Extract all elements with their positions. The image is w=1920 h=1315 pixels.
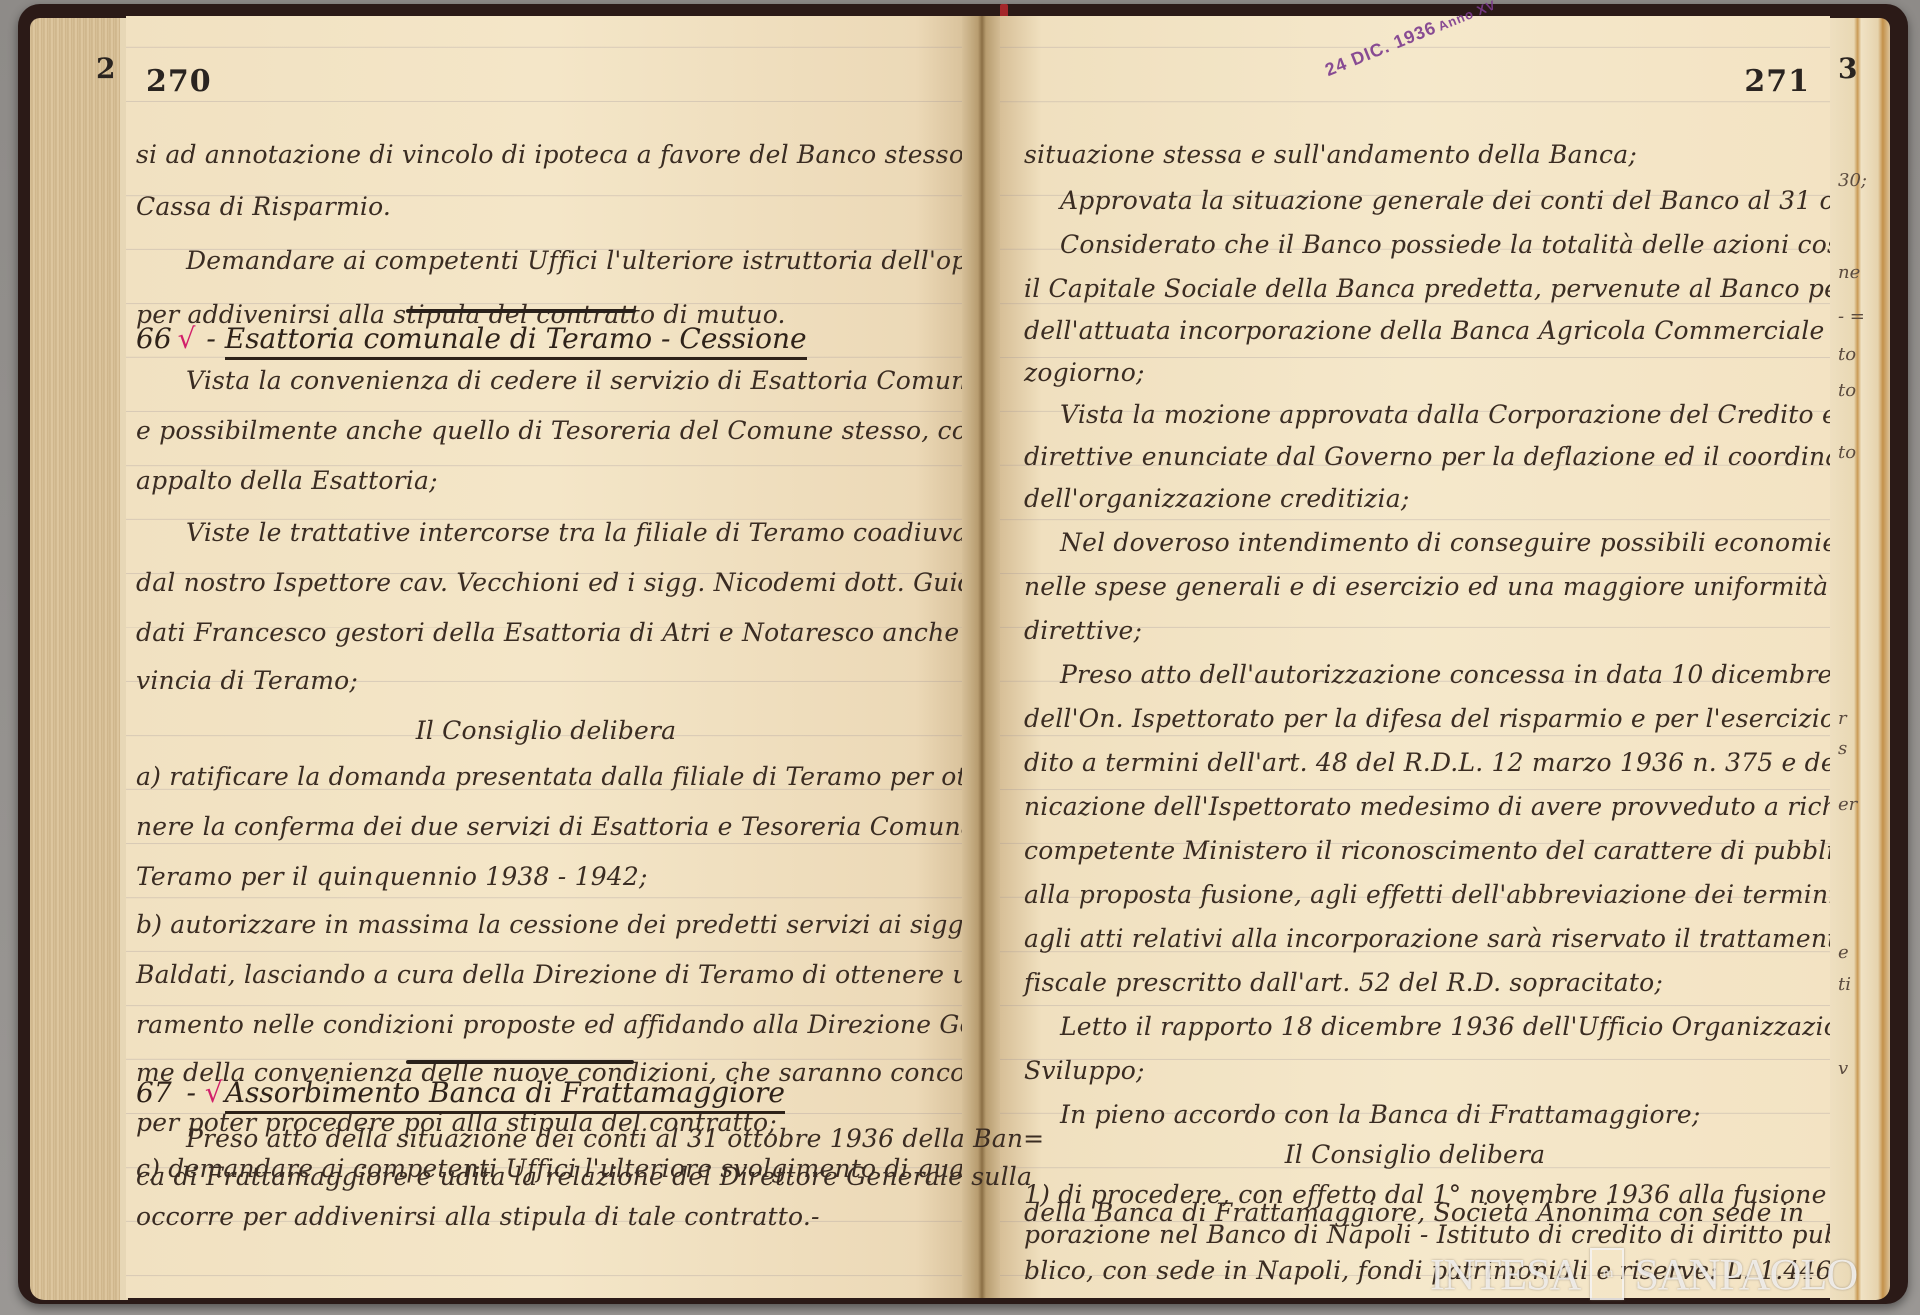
document-scan: 2 270 si ad annotazione di vincolo di ip… (0, 0, 1920, 1315)
text-line: Preso atto dell'autorizzazione concessa … (1060, 660, 1830, 689)
resolution-heading: Il Consiglio delibera (126, 716, 966, 745)
text-line: Baldati, lasciando a cura della Direzion… (136, 960, 966, 989)
bank-logo-icon: m (1590, 1248, 1624, 1300)
margin-note: 30; (1838, 170, 1867, 191)
text-line: competente Ministero il riconoscimento d… (1024, 836, 1830, 865)
text-line: dito a termini dell'art. 48 del R.D.L. 1… (1024, 748, 1830, 777)
text-line: nelle spese generali e di esercizio ed u… (1024, 572, 1830, 601)
text-line: il Capitale Sociale della Banca predetta… (1024, 274, 1830, 303)
section-67-heading: 67 - √Assorbimento Banca di Frattamaggio… (136, 1076, 785, 1109)
right-tab-index: 3 (1838, 52, 1857, 85)
check-mark-icon: √ (178, 322, 196, 355)
text-line: zogiorno; (1024, 358, 1145, 387)
text-line: Teramo per il quinquennio 1938 - 1942; (136, 862, 648, 891)
left-tab-index: 2 (96, 52, 115, 85)
text-line: In pieno accordo con la Banca di Frattam… (1060, 1100, 1700, 1129)
section-66-heading: 66√ - Esattoria comunale di Teramo - Ces… (136, 322, 807, 355)
section-number: 67 (136, 1076, 172, 1109)
right-page-number: 271 (1744, 64, 1810, 99)
margin-note: r (1838, 708, 1847, 729)
text-line: appalto della Esattoria; (136, 466, 438, 495)
text-line: vincia di Teramo; (136, 666, 358, 695)
margin-note: ti (1838, 974, 1851, 995)
text-line: fiscale prescritto dall'art. 52 del R.D.… (1024, 968, 1663, 997)
left-page-stack (30, 18, 125, 1300)
margin-note: ne (1838, 262, 1860, 283)
text-line: ca di Frattamaggiore e udita la relazion… (136, 1162, 1032, 1191)
text-line: Demandare ai competenti Uffici l'ulterio… (186, 246, 966, 275)
text-line: Approvata la situazione generale dei con… (1060, 186, 1830, 215)
text-line: Preso atto della situazione dei conti al… (186, 1124, 1044, 1153)
right-page-stack: 30; ne - = to to to r s er e ti v (1830, 18, 1890, 1300)
text-line: Vista la convenienza di cedere il serviz… (186, 366, 966, 395)
text-line: dell'attuata incorporazione della Banca … (1024, 316, 1830, 345)
margin-note: to (1838, 344, 1856, 365)
text-line: nicazione dell'Ispettorato medesimo di a… (1024, 792, 1830, 821)
text-line: Considerato che il Banco possiede la tot… (1060, 230, 1830, 259)
check-mark-icon: √ (205, 1076, 223, 1109)
watermark-right: SANPAOLO (1634, 1249, 1857, 1300)
section-number: 66 (136, 322, 172, 355)
book-gutter (962, 16, 1002, 1298)
text-line: b) autorizzare in massima la cessione de… (136, 910, 966, 939)
watermark-left: INTESA (1430, 1249, 1580, 1300)
text-line: dal nostro Ispettore cav. Vecchioni ed i… (136, 568, 966, 597)
margin-note: e (1838, 942, 1849, 963)
text-line: occorre per addivenirsi alla stipula di … (136, 1202, 820, 1231)
text-line: Viste le trattative intercorse tra la fi… (186, 518, 966, 547)
intesa-sanpaolo-watermark: INTESA m SANPAOLO (1430, 1248, 1857, 1300)
margin-note: to (1838, 442, 1856, 463)
text-line: Vista la mozione approvata dalla Corpora… (1060, 400, 1830, 429)
text-line: dati Francesco gestori della Esattoria d… (136, 618, 966, 647)
section-divider (406, 309, 636, 313)
text-line: nere la conferma dei due servizi di Esat… (136, 812, 966, 841)
margin-note: er (1838, 794, 1857, 815)
section-title: Esattoria comunale di Teramo - Cessione (225, 322, 807, 360)
text-line: direttive enunciate dal Governo per la d… (1024, 442, 1830, 471)
margin-note: v (1838, 1058, 1848, 1079)
left-page-number: 270 (146, 64, 212, 99)
text-line: Nel doveroso intendimento di conseguire … (1060, 528, 1830, 557)
section-title: Assorbimento Banca di Frattamaggiore (225, 1076, 785, 1114)
right-page: 271 situazione stessa e sull'andamento d… (1000, 16, 1830, 1298)
text-line: direttive; (1024, 616, 1142, 645)
text-line: Sviluppo; (1024, 1056, 1145, 1085)
text-line: e possibilmente anche quello di Tesoreri… (136, 416, 966, 445)
text-line: dell'organizzazione creditizia; (1024, 484, 1409, 513)
text-line: Cassa di Risparmio. (136, 192, 391, 221)
text-line: dell'On. Ispettorato per la difesa del r… (1024, 704, 1830, 733)
text-line: ramento nelle condizioni proposte ed aff… (136, 1010, 966, 1039)
text-line: si ad annotazione di vincolo di ipoteca … (136, 140, 966, 169)
text-line: Letto il rapporto 18 dicembre 1936 dell'… (1060, 1012, 1830, 1041)
margin-note: s (1838, 738, 1847, 759)
text-line: situazione stessa e sull'andamento della… (1024, 140, 1637, 169)
text-line: della Banca di Frattamaggiore, Società A… (1024, 1198, 1804, 1227)
text-line: alla proposta fusione, agli effetti dell… (1024, 880, 1830, 909)
section-divider (406, 1060, 634, 1064)
margin-note: - = (1838, 306, 1865, 327)
margin-note: to (1838, 380, 1856, 401)
text-line: a) ratificare la domanda presentata dall… (136, 762, 966, 791)
resolution-heading: Il Consiglio delibera (1000, 1140, 1830, 1169)
text-line: agli atti relativi alla incorporazione s… (1024, 924, 1830, 953)
